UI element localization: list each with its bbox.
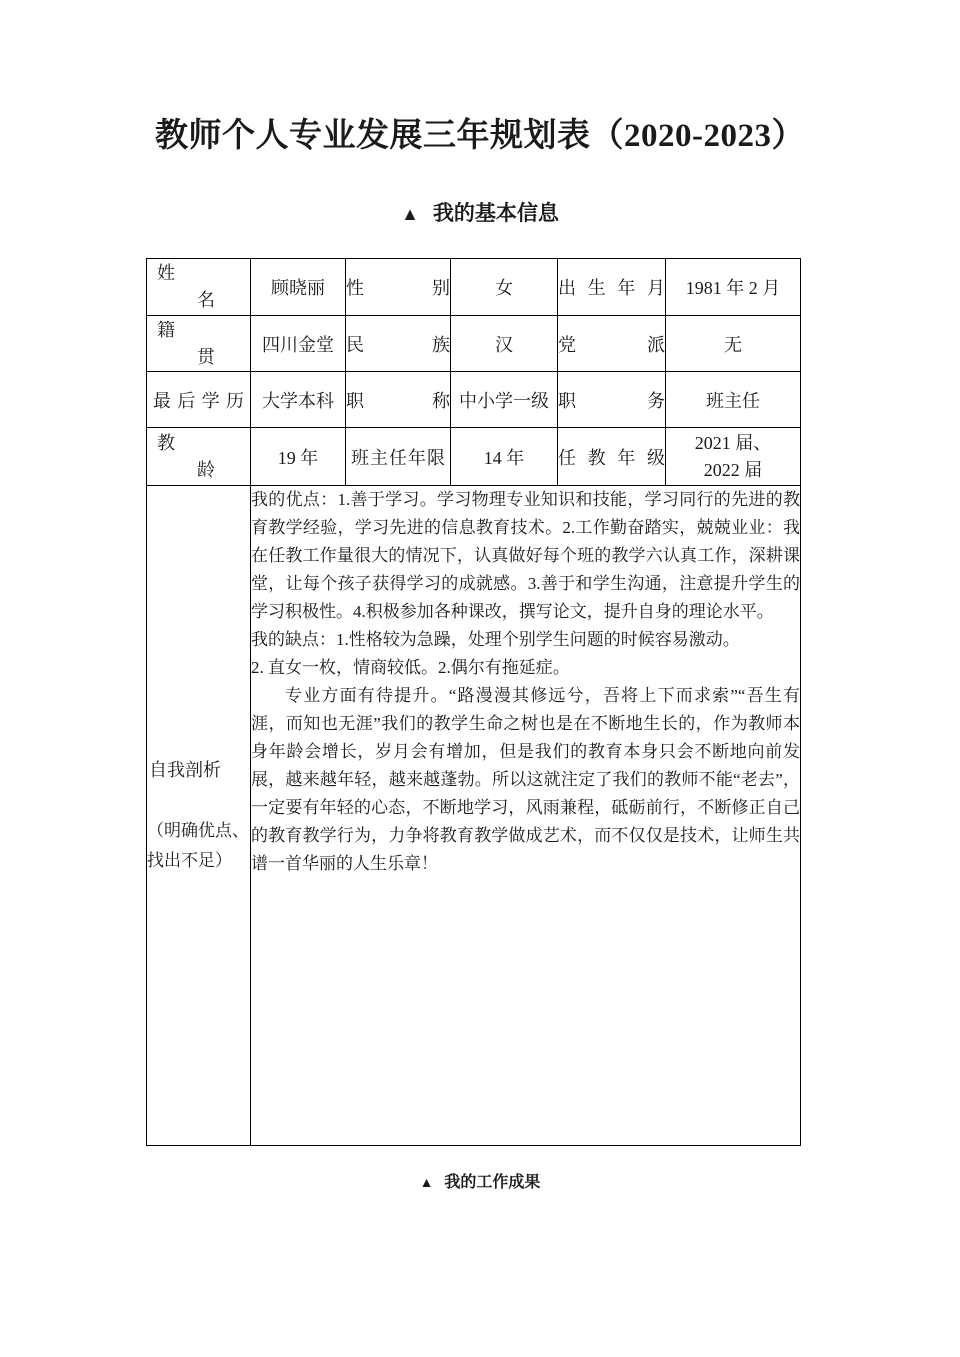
cell-position-label: 职务: [558, 372, 666, 428]
table-row: 自我剖析 （明确优点、 找出不足） 我的优点：1.善于学习。学习物理专业知识和技…: [147, 486, 801, 1146]
label-line: 名: [147, 287, 250, 314]
triangle-icon: ▲: [401, 204, 419, 224]
cell-gender-value: 女: [451, 259, 558, 316]
cell-grades-label: 任教年级: [558, 428, 666, 486]
table-row: 姓 名 顾晓丽 性别 女 出生年月 1981 年 2 月: [147, 259, 801, 316]
cell-native-place-label: 籍 贯: [147, 316, 251, 372]
basic-info-table: 姓 名 顾晓丽 性别 女 出生年月 1981 年 2 月 籍 贯 四川金堂 民族…: [146, 258, 801, 1146]
cell-prof-title-label: 职称: [346, 372, 451, 428]
document-page: 教师个人专业发展三年规划表（2020-2023） ▲我的基本信息 姓 名 顾晓丽…: [0, 0, 960, 1357]
cell-gender-label: 性别: [346, 259, 451, 316]
footer-heading-label: 我的工作成果: [444, 1174, 540, 1191]
section-heading-work-results: ▲我的工作成果: [0, 1172, 960, 1195]
section-heading-label: 我的基本信息: [433, 201, 559, 225]
label-line: 籍: [147, 317, 250, 344]
self-analysis-paragraph-outlook: 专业方面有待提升。“路漫漫其修远兮，吾将上下而求索”“吾生有涯，而知也无涯”我们…: [251, 682, 800, 878]
label-line: 姓: [147, 260, 250, 287]
page-title: 教师个人专业发展三年规划表（2020-2023）: [0, 0, 960, 158]
cell-self-analysis-content: 我的优点：1.善于学习。学习物理专业知识和技能，学习同行的先进的教育教学经验，学…: [251, 486, 801, 1146]
table-row: 最后学历 大学本科 职称 中小学一级 职务 班主任: [147, 372, 801, 428]
value-line: 2021 届、: [666, 430, 800, 457]
cell-prof-title-value: 中小学一级: [451, 372, 558, 428]
cell-position-value: 班主任: [666, 372, 801, 428]
cell-teaching-years-value: 19 年: [251, 428, 346, 486]
cell-native-place-value: 四川金堂: [251, 316, 346, 372]
note-line: （明确优点、: [147, 816, 250, 846]
cell-head-teacher-years-value: 14 年: [451, 428, 558, 486]
cell-head-teacher-years-label: 班主任年限: [346, 428, 451, 486]
section-heading-basic-info: ▲我的基本信息: [0, 200, 960, 228]
cell-birthdate-label: 出生年月: [558, 259, 666, 316]
table-row: 教 龄 19 年 班主任年限 14 年 任教年级 2021 届、 2022 届: [147, 428, 801, 486]
cell-grades-value: 2021 届、 2022 届: [666, 428, 801, 486]
cell-name-value: 顾晓丽: [251, 259, 346, 316]
cell-teaching-years-label: 教 龄: [147, 428, 251, 486]
cell-name-label: 姓 名: [147, 259, 251, 316]
table-row: 籍 贯 四川金堂 民族 汉 党派 无: [147, 316, 801, 372]
self-analysis-paragraph-strengths: 我的优点：1.善于学习。学习物理专业知识和技能，学习同行的先进的教育教学经验，学…: [251, 486, 800, 626]
triangle-icon: ▲: [420, 1176, 434, 1191]
cell-self-analysis-label: 自我剖析 （明确优点、 找出不足）: [147, 486, 251, 1146]
cell-birthdate-value: 1981 年 2 月: [666, 259, 801, 316]
cell-education-value: 大学本科: [251, 372, 346, 428]
label-line: 贯: [147, 344, 250, 371]
label-line: 教: [147, 430, 250, 457]
label-line: 龄: [147, 457, 250, 484]
value-line: 2022 届: [666, 457, 800, 484]
self-analysis-title: 自我剖析: [147, 756, 250, 784]
self-analysis-note: （明确优点、 找出不足）: [147, 816, 250, 876]
cell-ethnicity-value: 汉: [451, 316, 558, 372]
cell-ethnicity-label: 民族: [346, 316, 451, 372]
self-analysis-paragraph-weaknesses: 我的缺点：1.性格较为急躁，处理个别学生问题的时候容易激动。: [251, 626, 800, 654]
cell-party-label: 党派: [558, 316, 666, 372]
cell-party-value: 无: [666, 316, 801, 372]
self-analysis-paragraph-weaknesses-2: 2. 直女一枚，情商较低。2.偶尔有拖延症。: [251, 654, 800, 682]
note-line: 找出不足）: [147, 846, 250, 876]
cell-education-label: 最后学历: [147, 372, 251, 428]
